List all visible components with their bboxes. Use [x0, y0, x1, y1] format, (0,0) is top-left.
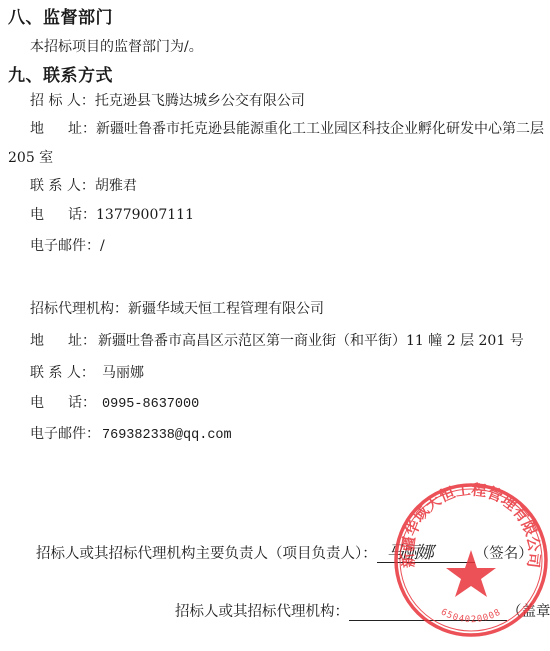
agency-phone: 0995-8637000: [102, 397, 199, 412]
tenderer-phone-label-a: 电: [30, 204, 68, 224]
agency-name-row: 招标代理机构：新疆华域天恒工程管理有限公司: [30, 298, 324, 318]
handwritten-signature: 马丽娜: [387, 538, 432, 563]
tenderer-name-label: 招 标 人：: [30, 93, 95, 109]
section-heading-contact: 九、联系方式: [8, 61, 113, 86]
tenderer-name-row: 招 标 人：托克逊县飞腾达城乡公交有限公司: [30, 90, 305, 110]
tenderer-contact-row: 联 系 人：胡雅君: [30, 175, 137, 195]
agency-phone-label-a: 电: [30, 392, 68, 412]
org-seal-line: [349, 602, 507, 621]
agency-contact-row: 联 系 人：马丽娜: [30, 362, 144, 382]
agency-phone-label-b: 话：: [68, 392, 102, 412]
agency-email-row: 电子邮件：769382338@qq.com: [30, 423, 232, 443]
agency-name: 新疆华域天恒工程管理有限公司: [128, 301, 324, 317]
agency-email: 769382338@qq.com: [102, 428, 232, 443]
tenderer-name: 托克逊县飞腾达城乡公交有限公司: [95, 93, 305, 109]
agency-email-label: 电子邮件：: [30, 423, 102, 443]
tenderer-contact-label: 联 系 人：: [30, 178, 95, 194]
tenderer-email-label: 电子邮件：: [30, 238, 100, 254]
section-heading-supervision: 八、监督部门: [8, 3, 113, 28]
agency-address-row: 地址：新疆吐鲁番市高昌区示范区第一商业街（和平街）11 幢 2 层 201 号: [30, 330, 524, 350]
tenderer-phone-row: 电话：13779007111: [30, 204, 194, 224]
principal-signature-row: 招标人或其招标代理机构主要负责人（项目负责人）：马丽娜（签名）: [36, 542, 533, 563]
supervision-text: 本招标项目的监督部门为/。: [30, 36, 203, 56]
tenderer-address-label-a: 地: [30, 118, 68, 138]
agency-address-label-a: 地: [30, 330, 68, 350]
org-seal-row: 招标人或其招标代理机构：（盖章）: [175, 600, 550, 621]
agency-phone-row: 电话：0995-8637000: [30, 392, 199, 412]
agency-contact: 马丽娜: [102, 365, 144, 381]
tenderer-email-row: 电子邮件：/: [30, 235, 105, 255]
agency-address: 新疆吐鲁番市高昌区示范区第一商业街（和平街）11 幢 2 层 201 号: [98, 333, 524, 349]
seal-note: （盖章）: [507, 604, 550, 620]
sign-note: （签名）: [475, 546, 533, 562]
principal-signature-line: 马丽娜: [377, 544, 475, 563]
tenderer-address-row: 地址：新疆吐鲁番市托克逊县能源重化工工业园区科技企业孵化研发中心第二层: [30, 118, 544, 138]
principal-label: 招标人或其招标代理机构主要负责人（项目负责人）：: [36, 546, 377, 562]
tenderer-phone-label-b: 话：: [68, 207, 96, 223]
tenderer-address-line2: 205 室: [8, 147, 53, 167]
tenderer-phone: 13779007111: [96, 207, 194, 223]
tenderer-email: /: [100, 238, 105, 254]
agency-contact-label: 联 系 人：: [30, 362, 102, 382]
tenderer-address-label-b: 址：: [68, 121, 96, 137]
org-label: 招标人或其招标代理机构：: [175, 604, 349, 620]
tenderer-contact: 胡雅君: [95, 178, 137, 194]
agency-address-label-b: 址：: [68, 330, 98, 350]
agency-name-label: 招标代理机构：: [30, 301, 128, 317]
tenderer-address: 新疆吐鲁番市托克逊县能源重化工工业园区科技企业孵化研发中心第二层: [96, 121, 544, 137]
